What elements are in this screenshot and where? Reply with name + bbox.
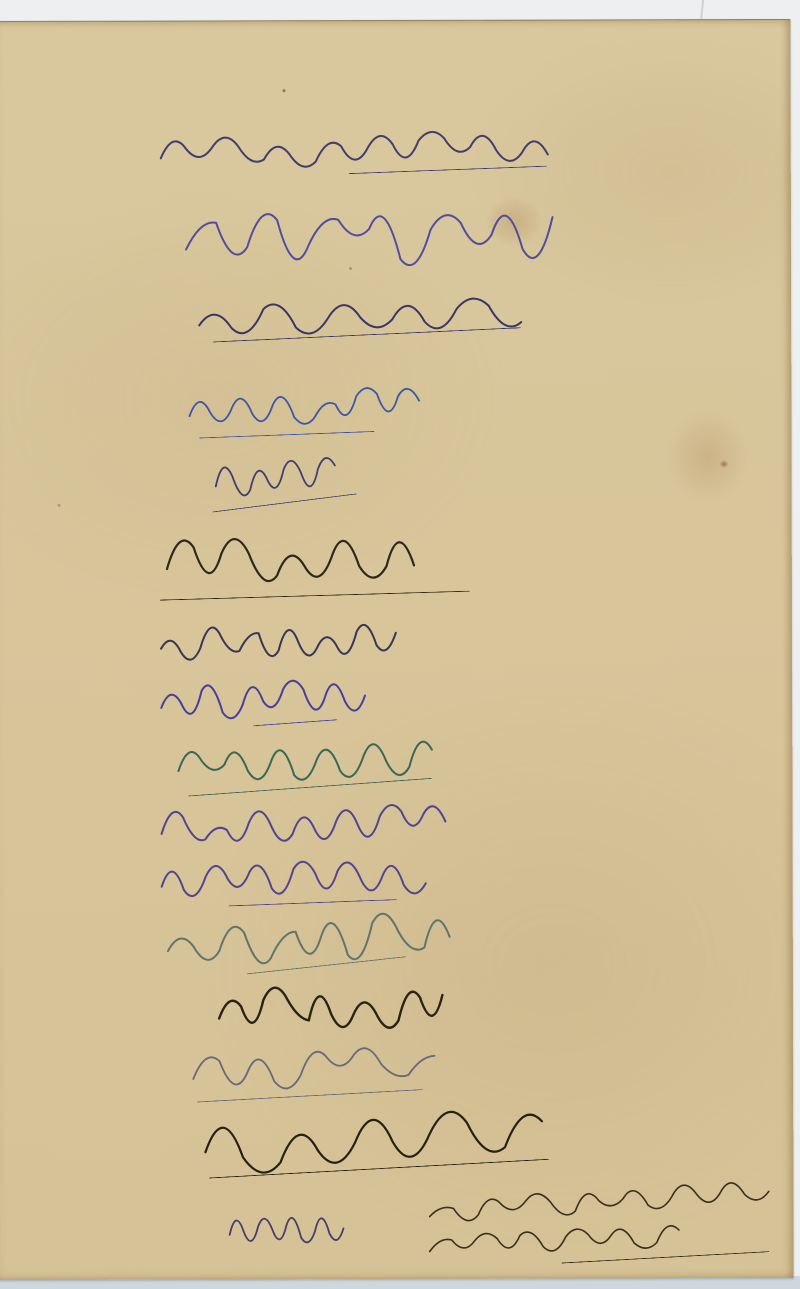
signature-transcription: (indistinct — small signature in bright … [186, 431, 187, 432]
signature-stroke [185, 385, 424, 432]
scanned-signature-page: { "page": { "description": "Aged scanned… [0, 0, 800, 1289]
signature-transcription: (small Sinhala signature, dark violet in… [226, 1249, 227, 1250]
signature-stroke [157, 856, 430, 903]
signature-transcription: (indistinct — flourished Sinhala signatu… [183, 278, 184, 279]
signature-stroke [214, 979, 448, 1040]
signature-stroke [163, 907, 455, 974]
signature-13: Pieter Keuneman [214, 979, 448, 1040]
docket-note-line-1: (Sinhala docket note, line 1) [424, 1174, 773, 1229]
docket-note-line-transcription: (Sinhala docket note, line 2 — ends 'V. … [426, 1263, 427, 1264]
signature-stroke [181, 200, 557, 278]
signature-transcription: (indistinct cursive scrawl with long tai… [196, 341, 197, 342]
signature-2: (indistinct — flourished Sinhala signatu… [181, 200, 557, 278]
signature-underline [160, 591, 470, 601]
signature-6: (indistinct — bold black Sinhala flouris… [162, 526, 419, 592]
signature-transcription: Sirimā Ār. Ḍī. Baṇḍāranāyaka. [157, 174, 158, 175]
signature-transcription: N. M. Perera [190, 1097, 191, 1098]
signature-transcription: Pieter Keuneman [216, 1039, 217, 1040]
signature-underline [199, 431, 374, 439]
signature-16: (small Sinhala signature, dark violet in… [225, 1209, 348, 1250]
signature-transcription: (indistinct Sinhala signature, violet in… [158, 904, 159, 905]
signature-transcription: (indistinct — large black flourish with … [202, 1179, 203, 1180]
ink-speck [283, 89, 286, 92]
docket-note-line-2: (Sinhala docket note, line 2 — ends 'V. … [425, 1221, 684, 1263]
signature-8: (indistinct — approx. '… Rājaratna') [156, 674, 370, 726]
signature-transcription: (indistinct — approx. '… Rājaratna') [158, 726, 159, 727]
signature-transcription: (indistinct — Tamil script signature, vi… [158, 852, 159, 853]
signature-transcription: (indistinct — bold black Sinhala flouris… [164, 592, 165, 593]
signature-4: (indistinct — small signature in bright … [185, 385, 424, 432]
signature-12: (indistinct Sinhala signature, grey-teal… [163, 907, 455, 974]
signature-stroke [210, 454, 340, 503]
paper-sheet: Sirimā Ār. Ḍī. Baṇḍāranāyaka.(indistinct… [0, 19, 794, 1280]
signature-11: (indistinct Sinhala signature, violet in… [157, 856, 430, 903]
signature-stroke [162, 526, 419, 592]
signature-transcription: (indistinct Sinhala signature, grey-teal… [165, 974, 166, 975]
signature-10: (indistinct — Tamil script signature, vi… [157, 802, 450, 852]
signature-stroke [157, 619, 401, 666]
signature-stroke [157, 802, 450, 852]
signature-stroke [225, 1209, 348, 1250]
signature-layer: Sirimā Ār. Ḍī. Baṇḍāranāyaka.(indistinct… [0, 20, 790, 22]
signature-5: (indistinct — approx. 'Bmalund') [210, 454, 340, 503]
signature-7: (indistinct — approx. 'Em… Tennakōn.') [157, 619, 401, 666]
signature-stroke [156, 674, 370, 726]
signature-transcription: (indistinct — approx. 'Em… Tennakōn.') [157, 666, 158, 667]
docket-note-line-stroke [425, 1221, 684, 1263]
signature-transcription: (approx. 'Kē. Ḍī. Sēnānāyaka') — green i… [175, 790, 176, 791]
paper-stain [665, 408, 749, 504]
paper-stain-dot [720, 460, 729, 468]
ink-speck [58, 504, 61, 507]
docket-note-line-transcription: (Sinhala docket note, line 1) [427, 1229, 428, 1230]
signature-transcription: (indistinct — approx. 'Bmalund') [213, 503, 214, 504]
docket-note-line-stroke [424, 1174, 773, 1229]
